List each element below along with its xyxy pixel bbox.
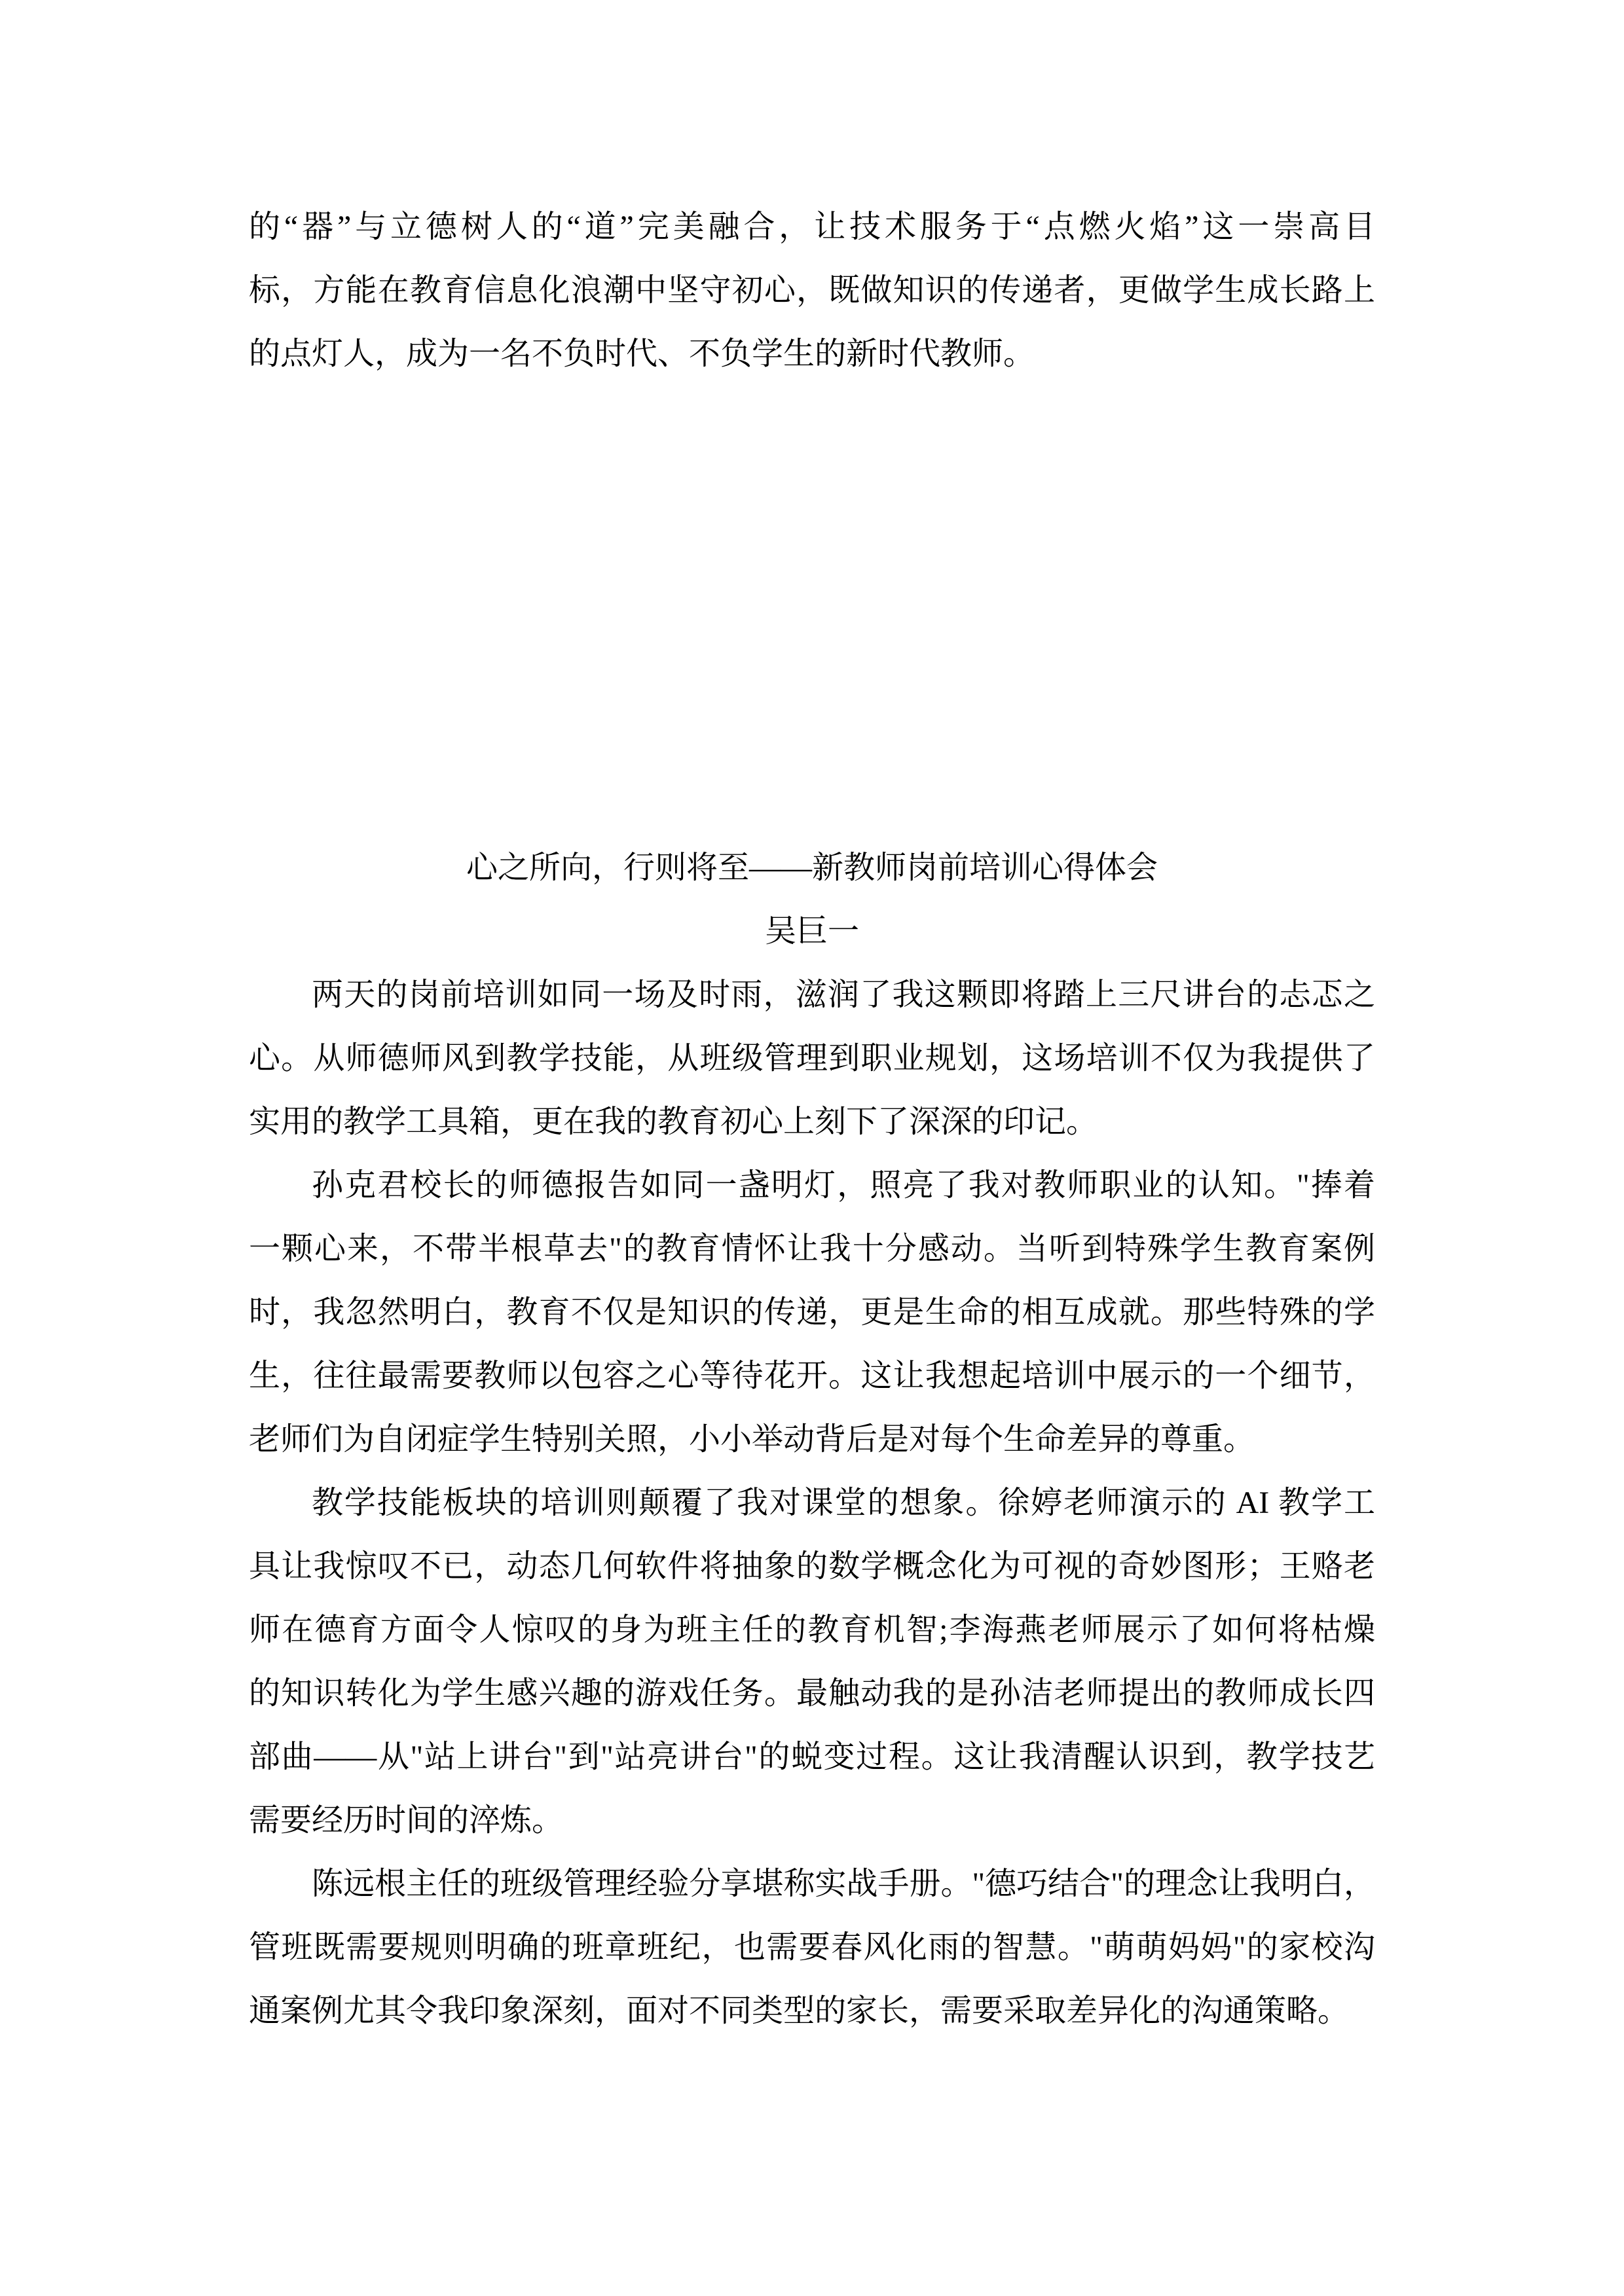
text-line: 管班既需要规则明确的班章班纪，也需要春风化雨的智慧。"萌萌妈妈"的家校沟 [249,1916,1375,1979]
essay-title: 心之所向，行则将至——新教师岗前培训心得体会 [249,836,1375,900]
text-line: 时，我忽然明白，教育不仅是知识的传递，更是生命的相互成就。那些特殊的学 [249,1281,1375,1344]
paragraph: 教学技能板块的培训则颠覆了我对课堂的想象。徐婷老师演示的 AI 教学工具让我惊叹… [249,1471,1375,1852]
text-line: 师在德育方面令人惊叹的身为班主任的教育机智;李海燕老师展示了如何将枯燥 [249,1598,1375,1662]
continuation-paragraph: 的“器”与立德树人的“道”完美融合，让技术服务于“点燃火焰”这一崇高目标，方能在… [249,195,1375,386]
text-line: 生，往往最需要教师以包容之心等待花开。这让我想起培训中展示的一个细节， [249,1344,1375,1408]
text-line: 的“器”与立德树人的“道”完美融合，让技术服务于“点燃火焰”这一崇高目 [249,195,1375,259]
text-line: 的点灯人，成为一名不负时代、不负学生的新时代教师。 [249,322,1375,386]
text-line: 一颗心来，不带半根草去"的教育情怀让我十分感动。当听到特殊学生教育案例 [249,1217,1375,1281]
text-line: 孙克君校长的师德报告如同一盏明灯，照亮了我对教师职业的认知。"捧着 [249,1154,1375,1217]
text-line: 通案例尤其令我印象深刻，面对不同类型的家长，需要采取差异化的沟通策略。 [249,1979,1375,2043]
text-line: 陈远根主任的班级管理经验分享堪称实战手册。"德巧结合"的理念让我明白， [249,1852,1375,1916]
essay-author: 吴巨一 [249,900,1375,963]
text-line: 实用的教学工具箱，更在我的教育初心上刻下了深深的印记。 [249,1090,1375,1154]
text-line: 心。从师德师风到教学技能，从班级管理到职业规划，这场培训不仅为我提供了 [249,1027,1375,1090]
text-line: 具让我惊叹不已，动态几何软件将抽象的数学概念化为可视的奇妙图形；王赂老 [249,1535,1375,1598]
section-break-space [249,386,1375,836]
text-line: 教学技能板块的培训则颠覆了我对课堂的想象。徐婷老师演示的 AI 教学工 [249,1471,1375,1535]
paragraph: 陈远根主任的班级管理经验分享堪称实战手册。"德巧结合"的理念让我明白，管班既需要… [249,1852,1375,2043]
text-line: 的知识转化为学生感兴趣的游戏任务。最触动我的是孙洁老师提出的教师成长四 [249,1662,1375,1725]
text-line: 需要经历时间的淬炼。 [249,1789,1375,1852]
text-line: 老师们为自闭症学生特别关照，小小举动背后是对每个生命差异的尊重。 [249,1408,1375,1471]
text-line: 部曲——从"站上讲台"到"站亮讲台"的蜕变过程。这让我清醒认识到，教学技艺 [249,1725,1375,1789]
document-page: 的“器”与立德树人的“道”完美融合，让技术服务于“点燃火焰”这一崇高目标，方能在… [0,0,1624,2296]
text-line: 标，方能在教育信息化浪潮中坚守初心，既做知识的传递者，更做学生成长路上 [249,259,1375,322]
text-line: 两天的岗前培训如同一场及时雨，滋润了我这颗即将踏上三尺讲台的忐忑之 [249,963,1375,1027]
essay-body: 两天的岗前培训如同一场及时雨，滋润了我这颗即将踏上三尺讲台的忐忑之心。从师德师风… [249,963,1375,2043]
paragraph: 两天的岗前培训如同一场及时雨，滋润了我这颗即将踏上三尺讲台的忐忑之心。从师德师风… [249,963,1375,1154]
paragraph: 孙克君校长的师德报告如同一盏明灯，照亮了我对教师职业的认知。"捧着一颗心来，不带… [249,1154,1375,1471]
